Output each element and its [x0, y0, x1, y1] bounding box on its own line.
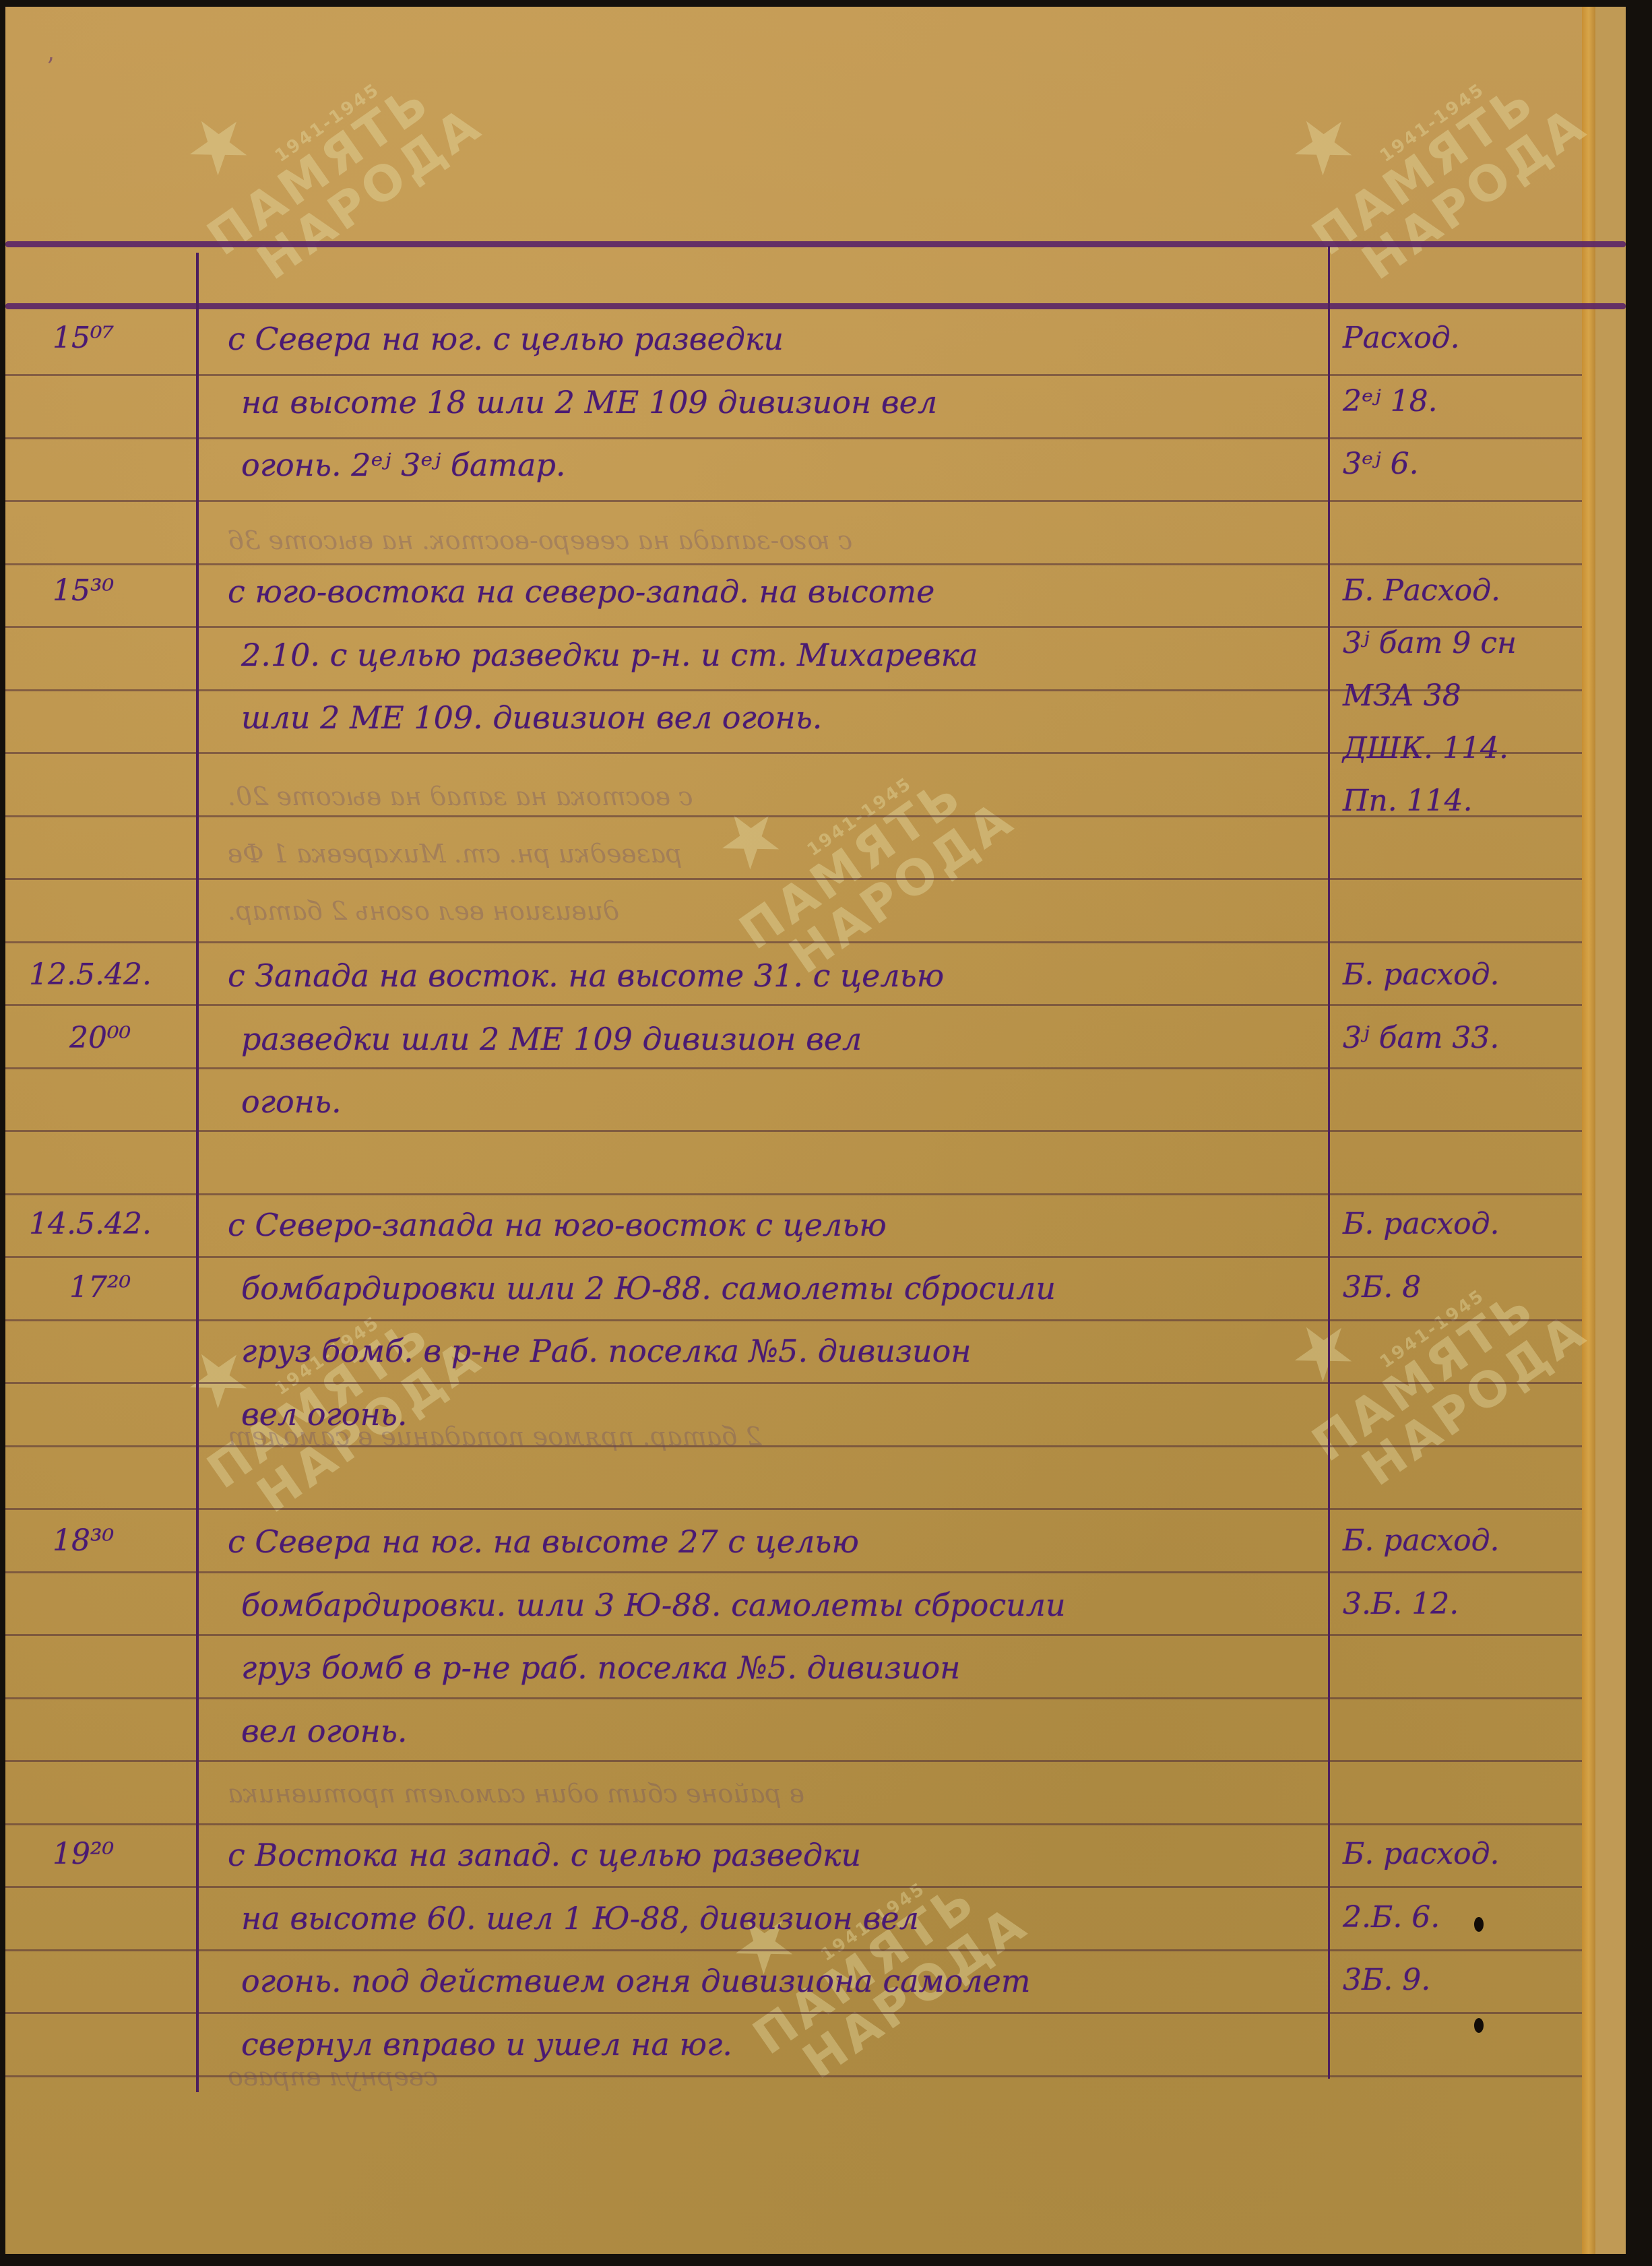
binding-hole — [1474, 1917, 1484, 1932]
header-rule-bottom — [5, 303, 1626, 309]
entry-date: 12.5.42. — [29, 960, 152, 990]
ruled-line — [5, 941, 1582, 943]
entry-text-line: бомбардировки. шли 3 Ю-88. самолеты сбро… — [241, 1590, 1066, 1620]
expenditure-line: Б. расход. — [1343, 1839, 1500, 1869]
watermark: ★ 1941-1945 ПАМЯТЬ НАРОДА — [1252, 0, 1595, 303]
ruled-line — [5, 2012, 1582, 2014]
expenditure-line: Пп. 114. — [1343, 786, 1473, 816]
entry-text-line: бомбардировки шли 2 Ю-88. самолеты сброс… — [241, 1273, 1056, 1304]
expenditure-line: Расход. — [1343, 323, 1460, 353]
column-divider-right — [1328, 246, 1330, 2079]
expenditure-line: 2ᵉʲ 18. — [1343, 387, 1438, 416]
star-icon: ★ — [169, 0, 424, 193]
expenditure-line: МЗА 38 — [1343, 681, 1461, 711]
star-icon: ★ — [169, 1217, 424, 1426]
entry-text-line: на высоте 60. шел 1 Ю-88, дивизион вел — [241, 1903, 919, 1934]
ruled-line — [5, 1634, 1582, 1636]
ruled-line — [5, 1382, 1582, 1384]
expenditure-line: Б. расход. — [1343, 1209, 1500, 1239]
entry-text-line: с Востока на запад. с целью разведки — [228, 1839, 861, 1870]
expenditure-line: 3ᵉʲ 6. — [1343, 449, 1419, 479]
expenditure-line: 3Б. 8 — [1343, 1273, 1421, 1302]
ruled-line — [5, 1760, 1582, 1762]
expenditure-line: 3.Б. 12. — [1343, 1590, 1459, 1619]
entry-text-line: разведки шли 2 МЕ 109 дивизион вел — [241, 1024, 862, 1055]
ruled-line — [5, 1697, 1582, 1699]
ruled-line — [5, 1508, 1582, 1510]
expenditure-line: 2.Б. 6. — [1343, 1903, 1440, 1932]
binding-strip — [1582, 7, 1595, 2254]
ruled-line — [5, 374, 1582, 376]
entry-text-line: шли 2 МЕ 109. дивизион вел огонь. — [241, 702, 822, 733]
entry-date: 14.5.42. — [29, 1209, 152, 1239]
corner-mark: ʼ — [46, 54, 53, 82]
ruled-line — [5, 878, 1582, 880]
entry-time: 15³⁰ — [53, 576, 114, 606]
bleed-through: свернул вправо — [228, 2062, 438, 2091]
binding-hole — [1474, 2018, 1484, 2033]
ruled-line — [5, 1319, 1582, 1321]
page-edge — [1595, 7, 1626, 2254]
ruled-line — [5, 1823, 1582, 1825]
entry-text-line: вел огонь. — [241, 1716, 408, 1746]
entry-text-line: вел огонь. — [241, 1399, 408, 1430]
expenditure-line: Б. расход. — [1343, 960, 1500, 990]
ruled-line — [5, 1256, 1582, 1258]
ruled-line — [5, 1571, 1582, 1573]
entry-time: 19²⁰ — [53, 1839, 114, 1869]
ruled-line — [5, 1949, 1582, 1951]
entry-time: 20⁰⁰ — [69, 1024, 131, 1053]
entry-text-line: с Запада на восток. на высоте 31. с цель… — [228, 960, 944, 991]
bleed-through: с востока на запад на высоте 20. — [228, 782, 693, 811]
entry-text-line: с юго-востока на северо-запад. на высоте — [228, 576, 934, 607]
entry-text-line: огонь. 2ᵉʲ 3ᵉʲ батар. — [241, 449, 566, 480]
expenditure-line: 3Б. 9. — [1343, 1965, 1430, 1995]
entry-text-line: с Севера на юг. на высоте 27 с целью — [228, 1526, 859, 1557]
bleed-through: разведки рн. ст. Михаревка 1 Фв — [228, 839, 682, 869]
ruled-line — [5, 1067, 1582, 1069]
entry-text-line: груз бомб. в р-не Раб. поселка №5. дивиз… — [241, 1335, 972, 1366]
entry-text-line: на высоте 18 шли 2 МЕ 109 дивизион вел — [241, 387, 937, 418]
entry-text-line: с Севера на юг. с целью разведки — [228, 323, 784, 354]
entry-text-line: огонь. — [241, 1086, 342, 1117]
column-divider-left — [196, 253, 199, 2092]
entry-text-line: огонь. под действием огня дивизиона само… — [241, 1965, 1031, 1996]
expenditure-line: 3ʲ бат 33. — [1343, 1024, 1499, 1053]
bleed-through: в районе сбит один самолет противника — [228, 1779, 804, 1808]
entry-text-line: свернул вправо и ушел на юг. — [241, 2029, 732, 2060]
ruled-line — [5, 1004, 1582, 1006]
entry-time: 18³⁰ — [53, 1526, 114, 1556]
entry-time: 17²⁰ — [69, 1273, 131, 1302]
entry-time: 15⁰⁷ — [53, 323, 114, 353]
entry-text-line: 2.10. с целью разведки р-н. и ст. Михаре… — [241, 639, 978, 670]
ruled-line — [5, 1193, 1582, 1195]
expenditure-line: Б. расход. — [1343, 1526, 1500, 1556]
bleed-through: дивизион вел огонь 2 батар. — [228, 896, 619, 926]
bleed-through: с югo-запада на северо-восток. на высоте… — [228, 526, 852, 555]
document-page: ʼ ★ 1941-1945 ПАМЯТЬ НАРОДА ★ 1941-1945 … — [5, 7, 1626, 2254]
header-rule-top — [5, 241, 1626, 247]
ruled-line — [5, 500, 1582, 502]
entry-text-line: с Северо-запада на юго-восток с целью — [228, 1209, 887, 1240]
ruled-line — [5, 437, 1582, 439]
ruled-line — [5, 1130, 1582, 1132]
ruled-line — [5, 563, 1582, 565]
watermark: ★ 1941-1945 ПАМЯТЬ НАРОДА — [693, 1783, 1036, 2102]
star-icon: ★ — [1274, 0, 1529, 193]
expenditure-line: Б. Расход. — [1343, 576, 1500, 606]
expenditure-line: 3ʲ бат 9 сн — [1343, 629, 1517, 658]
expenditure-line: ДШК. 114. — [1343, 734, 1508, 763]
entry-text-line: груз бомб в р-не раб. поселка №5. дивизи… — [241, 1652, 960, 1683]
ruled-line — [5, 1886, 1582, 1888]
